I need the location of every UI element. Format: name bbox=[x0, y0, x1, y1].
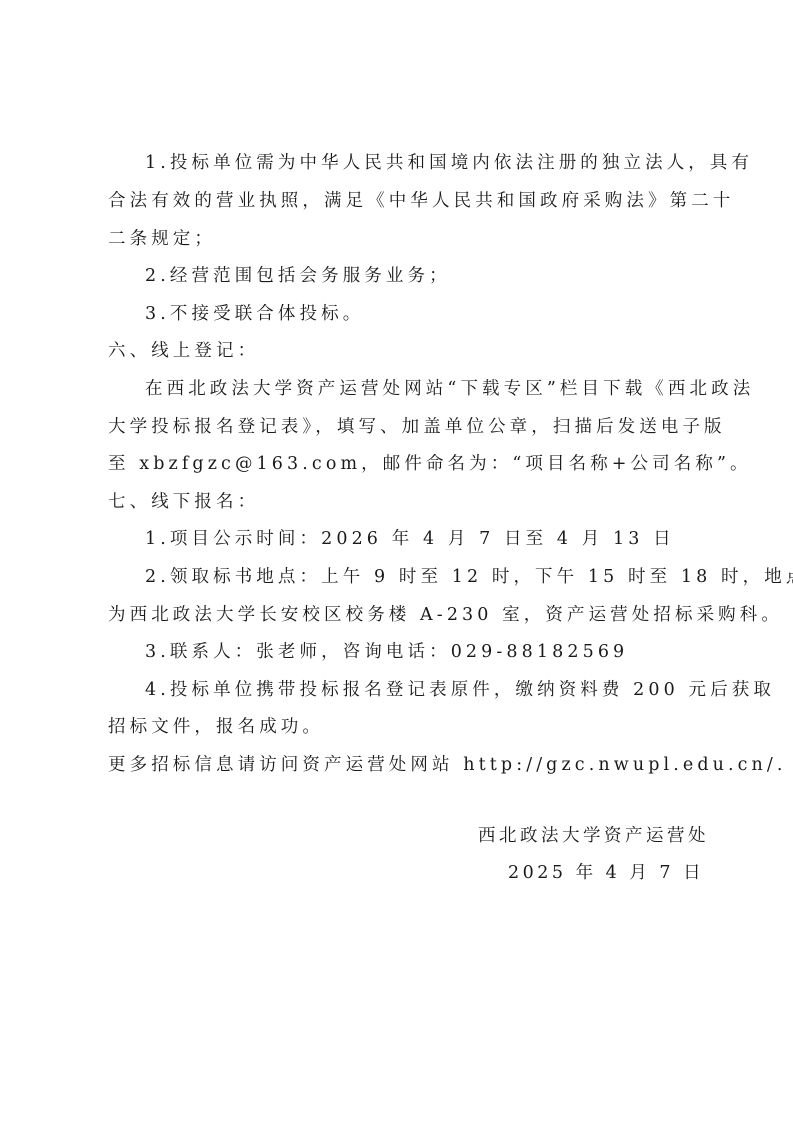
requirement-1-line-2: 合法有效的营业执照，满足《中华人民共和国政府采购法》第二十 bbox=[108, 189, 734, 213]
signature-org: 西北政法大学资产运营处 bbox=[478, 824, 709, 848]
section-7-item-4-line-1: 4.投标单位携带投标报名登记表原件，缴纳资料费 200 元后获取 bbox=[145, 678, 775, 702]
section-6-line-1: 在西北政法大学资产运营处网站“下载专区”栏目下载《西北政法 bbox=[145, 377, 754, 401]
requirement-1-line-1: 1.投标单位需为中华人民共和国境内依法注册的独立法人，具有 bbox=[145, 151, 753, 175]
requirement-3: 3.不接受联合体投标。 bbox=[145, 302, 364, 326]
section-7-heading: 七、线下报名： bbox=[108, 490, 259, 514]
requirement-2: 2.经营范围包括会务服务业务； bbox=[145, 264, 451, 288]
requirement-1-line-3: 二条规定； bbox=[108, 227, 216, 251]
signature-date: 2025 年 4 月 7 日 bbox=[508, 861, 704, 885]
footer-note: 更多招标信息请访问资产运营处网站 http://gzc.nwupl.edu.cn… bbox=[108, 753, 787, 777]
section-7-item-2-line-1: 2.领取标书地点：上午 9 时至 12 时，下午 15 时至 18 时，地点 bbox=[145, 565, 793, 589]
section-6-line-2: 大学投标报名登记表》，填写、加盖单位公章，扫描后发送电子版 bbox=[108, 415, 726, 439]
section-6-heading: 六、线上登记： bbox=[108, 339, 259, 363]
section-7-item-4-line-2: 招标文件，报名成功。 bbox=[108, 715, 324, 739]
section-7-item-2-line-2: 为西北政法大学长安校区校务楼 A-230 室，资产运营处招标采购科。 bbox=[108, 603, 783, 627]
section-7-item-1: 1.项目公示时间：2026 年 4 月 7 日至 4 月 13 日 bbox=[145, 527, 675, 551]
section-7-item-3: 3.联系人：张老师，咨询电话：029-88182569 bbox=[145, 640, 628, 664]
section-6-line-3: 至 xbzfgzc@163.com，邮件命名为：“项目名称+公司名称”。 bbox=[108, 452, 752, 476]
